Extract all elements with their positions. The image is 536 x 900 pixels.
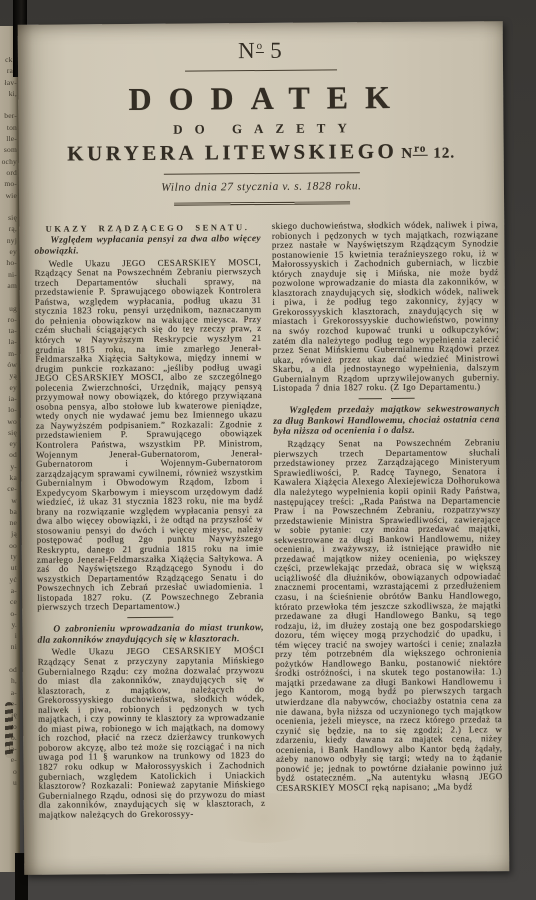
article-1-heading: Względem wypłacania pensyi za dwa albo w… [34,234,261,257]
newspaper-page: No5 DODATEK DO GAZETY KURYERA LITEWSKIEG… [18,21,510,875]
article-1-body: Wedle Ukazu JEGO CESARSKIEY MOSCI, Rządz… [35,258,264,613]
section-heading: UKAZY RZĄDZĄCEGO SENATU. [34,222,261,234]
gazette-number-value: 12. [433,145,455,161]
scan-surface: cki, ray łav- ki, ber- ton lle- som ochy… [0,0,536,900]
dateline: Wilno dnia 27 stycznia v. s. 1828 roku. [19,179,504,195]
masthead-rule-middle [163,172,359,175]
article-2-body: Wedle Ukazu JEGO CESARSKIEY MOŚCI Rządzą… [38,646,266,820]
adjacent-page-text-fragments: cki, ray łav- ki, ber- ton lle- som ochy… [0,54,17,788]
masthead: No5 DODATEK DO GAZETY KURYERA LITEWSKIEG… [18,21,504,207]
article-3-heading: Względem przedaży majątkow sekwestrowany… [273,404,500,438]
gazette-number: Nro12. [401,145,455,161]
supplement-number-prefix: N [238,38,256,63]
gazette-number-ordinal: ro [413,143,427,156]
right-column: skiego duchowieństwa, słodkich wódek, na… [272,220,503,846]
supplement-number-ordinal: o [256,40,265,53]
gazette-number-prefix: N [401,146,413,162]
article-2-heading: O zabronieniu wprowadzania do miast trun… [37,623,264,646]
left-column: UKAZY RZĄDZĄCEGO SENATU. Względem wypłac… [34,222,265,848]
article-3-body: Rządzący Senat na Powszechném Zebraniu p… [273,438,502,793]
binding-stitch-mark [5,702,13,758]
gazette-name: KURYERA LITEWSKIEGO [67,139,397,166]
publication-title: DODATEK [32,78,503,119]
masthead-rule-bottom [174,201,350,205]
supplement-number-value: 5 [270,38,283,63]
gazette-name-line: KURYERA LITEWSKIEGONro12. [19,138,504,167]
supplement-number: No5 [18,36,503,66]
article-divider [128,617,174,618]
article-divider-dashes [358,398,414,399]
masthead-rule-top [185,69,337,71]
article-columns: UKAZY RZĄDZĄCEGO SENATU. Względem wypłac… [19,208,509,848]
article-2-continuation: skiego duchowieństwa, słodkich wódek, na… [272,220,500,394]
publication-subtitle: DO GAZETY [28,119,503,139]
